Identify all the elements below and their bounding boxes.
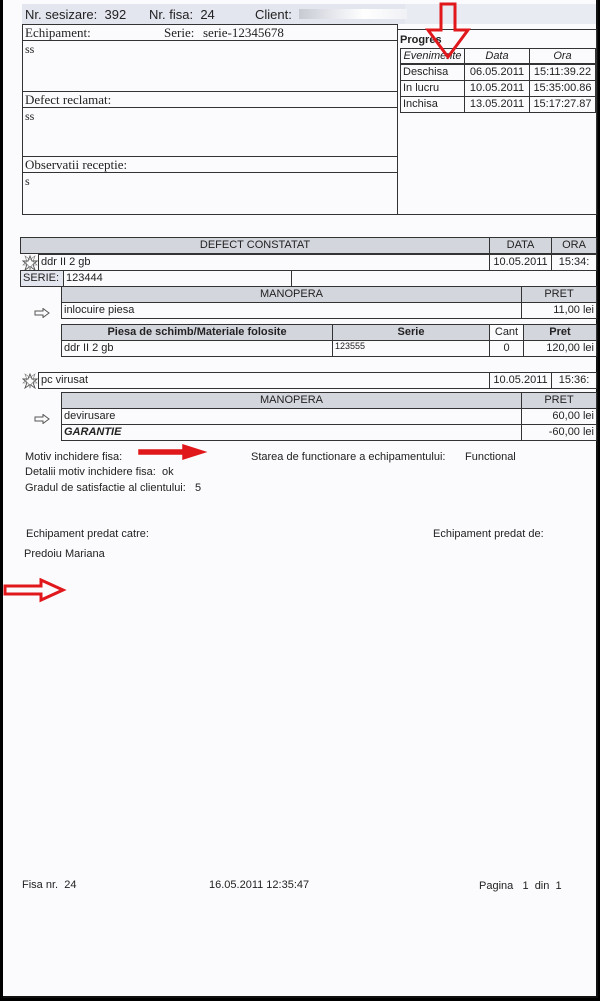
red-right-arrow-icon bbox=[137, 444, 209, 462]
part-pret: 120,00 lei bbox=[523, 340, 597, 357]
nr-fisa: Nr. fisa: 24 bbox=[149, 7, 215, 22]
arrow-right-icon bbox=[34, 411, 50, 429]
reception-box bbox=[22, 24, 398, 215]
progres-row-time: 15:11:39.22 bbox=[529, 64, 596, 81]
page-current: 1 bbox=[522, 880, 528, 892]
defect-reclamat-label: Defect reclamat: bbox=[25, 92, 111, 108]
predat-catre-label: Echipament predat catre: bbox=[26, 528, 149, 540]
progres-row-time: 15:35:00.86 bbox=[529, 80, 596, 97]
manopera-price: 11,00 lei bbox=[521, 302, 597, 319]
footer-fisa-value: 24 bbox=[64, 879, 76, 891]
manopera-garantie: GARANTIE bbox=[61, 424, 522, 441]
manopera-header: MANOPERA bbox=[61, 392, 522, 409]
defect-name: ddr II 2 gb bbox=[38, 254, 490, 271]
parts-header-serie: Serie bbox=[332, 324, 490, 341]
progres-col-data: Data bbox=[464, 48, 530, 64]
defect-ora-header: ORA bbox=[551, 237, 597, 254]
observatii-value: s bbox=[25, 174, 30, 189]
footer-pagina: Pagina 1 din 1 bbox=[479, 880, 562, 892]
serie-value: serie-12345678 bbox=[203, 25, 284, 41]
defect-name: pc virusat bbox=[38, 372, 490, 389]
parts-header-name: Piesa de schimb/Materiale folosite bbox=[61, 324, 333, 341]
satisfactie-value: 5 bbox=[195, 482, 201, 494]
manopera-row: devirusare bbox=[61, 408, 522, 425]
service-sheet-page: Nr. sesizare: 392 Nr. fisa: 24 Client: E… bbox=[3, 0, 598, 998]
nr-fisa-value: 24 bbox=[200, 7, 214, 22]
manopera-row: inlocuire piesa bbox=[61, 302, 522, 319]
manopera-price: 60,00 lei bbox=[521, 408, 597, 425]
manopera-price: -60,00 lei bbox=[521, 424, 597, 441]
progres-row-event: In lucru bbox=[400, 80, 465, 97]
footer-timestamp: 16.05.2011 12:35:47 bbox=[209, 879, 309, 891]
progres-row-date: 10.05.2011 bbox=[464, 80, 530, 97]
nr-sesizare-value: 392 bbox=[104, 7, 126, 22]
nr-sesizare: Nr. sesizare: 392 bbox=[25, 7, 126, 22]
pret-header: PRET bbox=[521, 392, 597, 409]
defect-constatat-header: DEFECT CONSTATAT bbox=[20, 237, 490, 254]
progres-row-date: 06.05.2011 bbox=[464, 64, 530, 81]
stare-value: Functional bbox=[465, 451, 516, 463]
defect-data-header: DATA bbox=[489, 237, 552, 254]
motiv-inchidere-label: Motiv inchidere fisa: bbox=[25, 451, 122, 463]
predat-catre-value: Predoiu Mariana bbox=[24, 548, 105, 560]
observatii-label: Observatii receptie: bbox=[25, 157, 127, 173]
detalii-label: Detalii motiv inchidere fisa: ok bbox=[25, 466, 174, 478]
progres-row-time: 15:17:27.87 bbox=[529, 96, 596, 113]
defect-date: 10.05.2011 bbox=[489, 254, 552, 271]
defect-time: 15:34: bbox=[551, 254, 597, 271]
parts-header-pret: Pret bbox=[523, 324, 597, 341]
defect-time: 15:36: bbox=[551, 372, 597, 389]
serie-label: Serie: bbox=[164, 25, 194, 41]
pret-header: PRET bbox=[521, 286, 597, 303]
satisfactie-label: Gradul de satisfactie al clientului: 5 bbox=[25, 482, 201, 494]
red-down-arrow-icon bbox=[423, 2, 473, 62]
echipament-value: ss bbox=[25, 42, 34, 57]
progres-row-event: Deschisa bbox=[400, 64, 465, 81]
part-name: ddr II 2 gb bbox=[61, 340, 333, 357]
progres-col-ora: Ora bbox=[529, 48, 596, 64]
part-cant: 0 bbox=[489, 340, 524, 357]
parts-header-cant: Cant bbox=[489, 324, 524, 341]
stare-label: Starea de functionare a echipamentului: bbox=[251, 451, 445, 463]
defect-serie-label: SERIE: bbox=[20, 270, 64, 287]
part-serie: 123555 bbox=[332, 340, 490, 357]
detalii-value: ok bbox=[162, 466, 174, 478]
red-right-arrow-icon-2 bbox=[3, 578, 67, 604]
star-icon bbox=[22, 373, 38, 394]
echipament-label: Echipament: bbox=[25, 25, 91, 41]
arrow-right-icon bbox=[34, 305, 50, 323]
page-total: 1 bbox=[556, 880, 562, 892]
manopera-header: MANOPERA bbox=[61, 286, 522, 303]
progres-row-date: 13.05.2011 bbox=[464, 96, 530, 113]
client: Client: bbox=[255, 7, 292, 22]
defect-serie-value: 123444 bbox=[63, 270, 292, 287]
defect-date: 10.05.2011 bbox=[489, 372, 552, 389]
defect-reclamat-value: ss bbox=[25, 109, 34, 124]
progres-row-event: Inchisa bbox=[400, 96, 465, 113]
predat-de-label: Echipament predat de: bbox=[433, 528, 544, 540]
client-value-redacted bbox=[299, 9, 407, 19]
footer-fisa: Fisa nr. 24 bbox=[22, 879, 76, 891]
